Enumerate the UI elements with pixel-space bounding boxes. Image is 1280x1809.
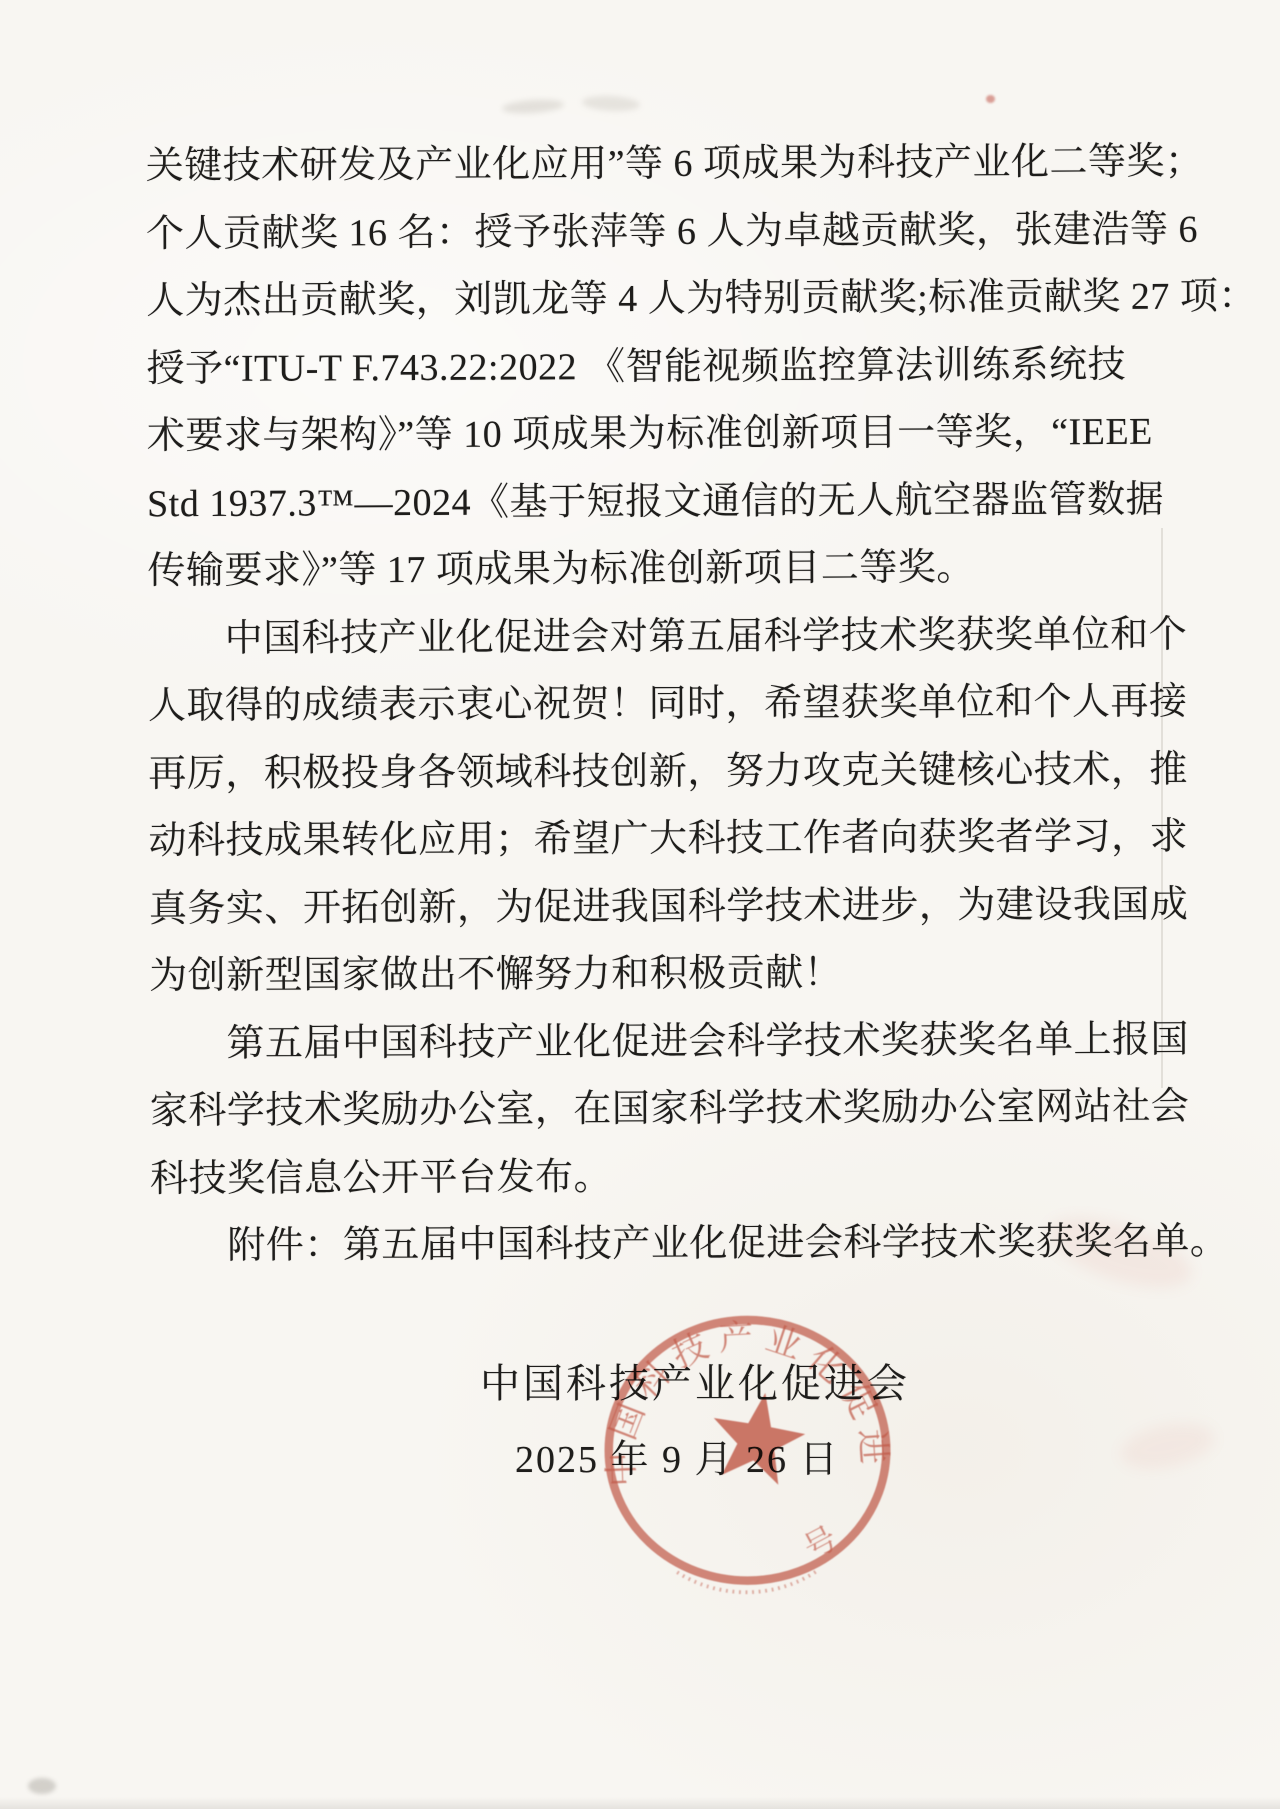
- text-line: 再厉，积极投身各领域科技创新，努力攻克关键核心技术，推: [148, 736, 1160, 808]
- scan-speck: [986, 95, 995, 103]
- text-line: 中国科技产业化促进会对第五届科学技术奖获奖单位和个: [148, 601, 1160, 673]
- text-line: 关键技术研发及产业化应用”等 6 项成果为科技产业化二等奖；: [146, 129, 1158, 201]
- scan-shadow: [0, 1797, 1280, 1809]
- text-line: 人取得的成绩表示衷心祝贺！同时，希望获奖单位和个人再接: [148, 669, 1160, 741]
- text-line: 真务实、开拓创新，为促进我国科学技术进步，为建设我国成: [149, 871, 1161, 943]
- scan-corner-mark: [28, 1778, 56, 1794]
- text-line: 家科学技术奖励办公室，在国家科学技术奖励办公室网站社会: [150, 1074, 1162, 1146]
- body-text: 关键技术研发及产业化应用”等 6 项成果为科技产业化二等奖；个人贡献奖 16 名…: [146, 129, 1163, 1281]
- text-line: 附件：第五届中国科技产业化促进会科学技术奖获奖名单。: [150, 1209, 1162, 1281]
- text-line: 人为杰出贡献奖，刘凯龙等 4 人为特别贡献奖;标准贡献奖 27 项：: [146, 264, 1158, 336]
- text-line: 术要求与架构》”等 10 项成果为标准创新项目一等奖，“IEEE: [147, 399, 1159, 471]
- text-line: 为创新型国家做出不懈努力和积极贡献！: [149, 939, 1161, 1011]
- text-line: 第五届中国科技产业化促进会科学技术奖获奖名单上报国: [149, 1006, 1161, 1078]
- seal-star-icon: [704, 1385, 811, 1488]
- ink-smear: [1117, 1416, 1219, 1477]
- text-line: 授予“ITU-T F.743.22:2022 《智能视频监控算法训练系统技: [146, 331, 1158, 403]
- text-line: 传输要求》”等 17 项成果为标准创新项目二等奖。: [147, 534, 1159, 606]
- text-line: 动科技成果转化应用；希望广大科技工作者向获奖者学习，求: [148, 804, 1160, 876]
- text-line: 科技奖信息公开平台发布。: [150, 1141, 1162, 1213]
- scan-smudge: [502, 98, 565, 115]
- document-page: 关键技术研发及产业化应用”等 6 项成果为科技产业化二等奖；个人贡献奖 16 名…: [0, 0, 1280, 1809]
- scan-smudge: [582, 94, 641, 112]
- official-seal: 中国科技产业化促进会 号: [585, 1305, 910, 1605]
- text-line: 个人贡献奖 16 名：授予张萍等 6 人为卓越贡献奖，张建浩等 6: [146, 196, 1158, 268]
- seal-bottom-mark: 号: [798, 1520, 843, 1566]
- text-line: Std 1937.3™—2024《基于短报文通信的无人航空器监管数据: [147, 466, 1159, 538]
